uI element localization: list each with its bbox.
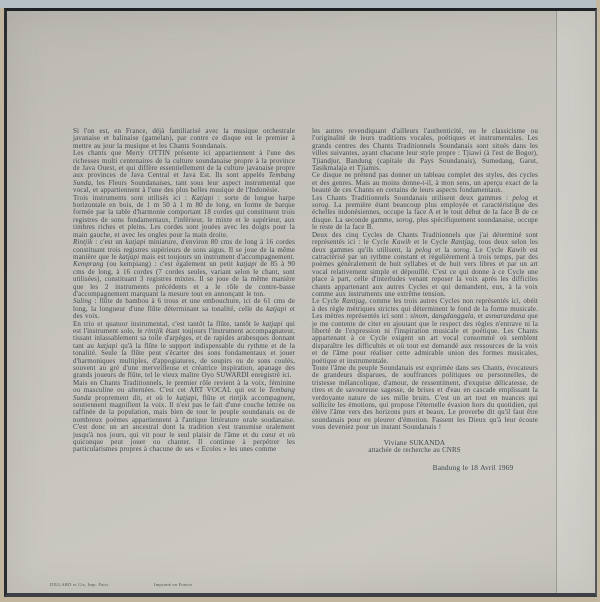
paragraph: Si l'on est, en France, déjà familiarisé…: [73, 128, 295, 150]
liner-notes-right-column: les autres revendiquant d'ailleurs l'aut…: [312, 128, 538, 471]
paragraph: Rintjik : c'est un katjapi miniature, d'…: [73, 239, 295, 261]
imprint-line: DILLARD et Cie, Imp. Paris Imprimé en Fr…: [50, 582, 192, 587]
signature-title: attachée de recherche au CNRS: [312, 447, 517, 455]
photo-background: Si l'on est, en France, déjà familiarisé…: [0, 0, 600, 602]
liner-notes-left-column: Si l'on est, en France, déjà familiarisé…: [73, 128, 295, 454]
paragraph: Kemprang (ou kempiang) : c'est également…: [73, 261, 295, 298]
paragraph: Deux des cinq Cycles de Chants Tradition…: [312, 232, 538, 299]
paragraph: Suling : flûte de bambou à 6 trous et un…: [73, 298, 295, 320]
made-in-france-credit: Imprimé en France: [154, 582, 192, 587]
paragraph: En trio et quatuor instrumental, c'est t…: [73, 321, 295, 380]
paragraph: Les Chants Traditionnels Soundanais util…: [312, 195, 538, 232]
paragraph: Les chants que Merry OTTIN présente ici …: [73, 150, 295, 194]
paragraph: Toute l'âme du peuple Soundanais est exp…: [312, 365, 538, 432]
signature-name: Viviane SUKANDA: [312, 439, 517, 447]
signature-dateline: Bandung le 18 Avril 1969: [408, 464, 538, 471]
signature-block: Viviane SUKANDA attachée de recherche au…: [312, 439, 517, 455]
paragraph: Mais en Chants Traditionnels, le premier…: [73, 380, 295, 454]
paragraph: Ce disque ne prétend pas donner un table…: [312, 172, 538, 194]
paragraph: Trois instruments sont utilisés ici : Ka…: [73, 195, 295, 239]
liner-notes-right-paragraphs: les autres revendiquant d'ailleurs l'aut…: [312, 128, 538, 432]
paragraph: Le Cycle Rantjag, comme les trois autres…: [312, 298, 538, 365]
scan-background-top-strip: [0, 0, 600, 8]
record-sleeve-back: Si l'on est, en France, déjà familiarisé…: [4, 8, 597, 597]
paragraph: les autres revendiquant d'ailleurs l'aut…: [312, 128, 538, 172]
sleeve-fold-panel: [557, 11, 595, 593]
printer-credit: DILLARD et Cie, Imp. Paris: [50, 582, 109, 587]
